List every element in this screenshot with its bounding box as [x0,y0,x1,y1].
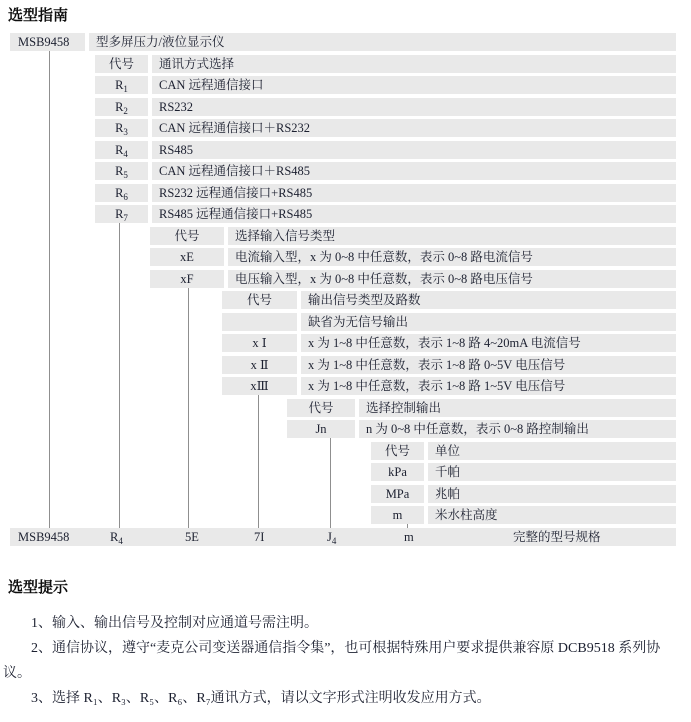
code-cell: R1 [95,76,148,94]
table-row: R1 CAN 远程通信接口 [0,76,691,94]
desc-cell: 电压输入型，x 为 0~8 中任意数，表示 0~8 路电压信号 [228,270,676,288]
code-text: kPa [388,465,407,479]
table-row: kPa 千帕 [0,463,691,481]
code-cell: x Ⅰ [222,334,297,352]
desc-cell: CAN 远程通信接口＋RS485 [152,162,676,180]
code-cell: R5 [95,162,148,180]
desc-cell: 通讯方式选择 [152,55,676,73]
code-text: xE [180,250,194,264]
desc-cell: 缺省为无信号输出 [301,313,676,331]
desc-text: x 为 1~8 中任意数，表示 1~8 路 4~20mA 电流信号 [308,336,581,350]
tips-section: 选型提示 1、输入、输出信号及控制对应通道号需注明。 2、通信协议，遵守“麦克公… [0,576,691,711]
tip-item: 3、选择 R₁、R₃、R₅、R₆、R₇通讯方式，请以文字形式注明收发应用方式。 [0,686,691,711]
desc-text: 通讯方式选择 [159,57,234,71]
code-cell: xⅢ [222,377,297,395]
desc-cell: x 为 1~8 中任意数，表示 1~8 路 4~20mA 电流信号 [301,334,676,352]
code-text: 代号 [308,401,333,415]
connector-line [188,288,189,528]
summary-output-code: 7I [254,528,264,550]
desc-cell: x 为 1~8 中任意数，表示 1~8 路 1~5V 电压信号 [301,377,676,395]
table-row: MSB9458 型多屏压力/液位显示仪 [0,33,691,51]
tips-title: 选型提示 [8,576,691,597]
desc-cell: RS232 [152,98,676,116]
desc-text: 电流输入型，x 为 0~8 中任意数，表示 0~8 路电流信号 [235,250,533,264]
desc-cell: 电流输入型，x 为 0~8 中任意数，表示 0~8 路电流信号 [228,248,676,266]
code-cell: m [371,506,424,524]
desc-cell: 型多屏压力/液位显示仪 [89,33,676,51]
table-row: MPa 兆帕 [0,485,691,503]
desc-text: 缺省为无信号输出 [308,315,408,329]
table-row: xF 电压输入型，x 为 0~8 中任意数，表示 0~8 路电压信号 [0,270,691,288]
code-sub: 7 [123,213,128,223]
table-row: R7 RS485 远程通信接口+RS485 [0,205,691,223]
code-sub: 1 [123,84,128,94]
table-row: 缺省为无信号输出 [0,313,691,331]
code-cell: 代号 [371,442,424,460]
desc-cell: CAN 远程通信接口＋RS232 [152,119,676,137]
code-cell: MSB9458 [10,33,85,51]
tip-item: 1、输入、输出信号及控制对应通道号需注明。 [0,611,691,636]
code-text: xⅢ [250,379,268,393]
table-row: R6 RS232 远程通信接口+RS485 [0,184,691,202]
summary-label: 完整的型号规格 [513,528,601,546]
code-cell: R3 [95,119,148,137]
code-cell: 代号 [287,399,355,417]
desc-text: 兆帕 [435,487,460,501]
table-row: 代号 输出信号类型及路数 [0,291,691,309]
code-text: 代号 [385,444,410,458]
summary-row: MSB9458 R4 5E 7I J4 m 完整的型号规格 [10,528,676,546]
code-cell: 代号 [150,227,224,245]
table-row: 代号 通讯方式选择 [0,55,691,73]
code-sub: 5 [123,170,128,180]
table-row: R5 CAN 远程通信接口＋RS485 [0,162,691,180]
code-cell: R7 [95,205,148,223]
desc-text: 米水柱高度 [435,508,498,522]
code-sub: 4 [123,149,128,159]
table-row: x Ⅱ x 为 1~8 中任意数，表示 1~8 路 0~5V 电压信号 [0,356,691,374]
code-text: 代号 [109,57,134,71]
table-row: 代号 单位 [0,442,691,460]
desc-text: 千帕 [435,465,460,479]
code-text: m [393,508,403,522]
desc-cell: n 为 0~8 中任意数，表示 0~8 路控制输出 [359,420,676,438]
desc-text: RS485 [159,143,193,157]
page-title: 选型指南 [8,4,68,25]
desc-text: RS485 远程通信接口+RS485 [159,207,312,221]
desc-cell: 选择输入信号类型 [228,227,676,245]
code-text: MSB9458 [18,35,69,49]
code-cell: R2 [95,98,148,116]
code-sub: 3 [123,127,128,137]
connector-line [330,438,331,528]
connector-line [49,51,50,528]
summary-comm-code: R4 [110,528,123,550]
table-row: Jn n 为 0~8 中任意数，表示 0~8 路控制输出 [0,420,691,438]
code-text: x Ⅱ [251,358,269,372]
desc-cell: x 为 1~8 中任意数，表示 1~8 路 0~5V 电压信号 [301,356,676,374]
desc-text: 型多屏压力/液位显示仪 [96,35,224,49]
code-cell: kPa [371,463,424,481]
desc-text: 电压输入型，x 为 0~8 中任意数，表示 0~8 路电压信号 [235,272,533,286]
desc-cell: 千帕 [428,463,676,481]
code-cell: xF [150,270,224,288]
desc-text: 选择输入信号类型 [235,229,335,243]
code-text: 代号 [247,293,272,307]
desc-cell: 输出信号类型及路数 [301,291,676,309]
desc-cell: 单位 [428,442,676,460]
summary-input-code: 5E [185,528,199,550]
connector-line [258,395,259,528]
desc-text: x 为 1~8 中任意数，表示 1~8 路 1~5V 电压信号 [308,379,565,393]
code-text: x Ⅰ [252,336,266,350]
desc-cell: RS485 远程通信接口+RS485 [152,205,676,223]
desc-text: CAN 远程通信接口 [159,78,264,92]
table-row: 代号 选择输入信号类型 [0,227,691,245]
code-cell: MPa [371,485,424,503]
desc-cell: RS485 [152,141,676,159]
table-row: xE 电流输入型，x 为 0~8 中任意数，表示 0~8 路电流信号 [0,248,691,266]
table-row: R2 RS232 [0,98,691,116]
code-cell: Jn [287,420,355,438]
connector-line [119,223,120,528]
desc-text: 输出信号类型及路数 [308,293,421,307]
desc-cell: RS232 远程通信接口+RS485 [152,184,676,202]
code-cell [222,313,297,331]
code-cell: 代号 [95,55,148,73]
table-row: R4 RS485 [0,141,691,159]
desc-text: RS232 [159,100,193,114]
desc-text: CAN 远程通信接口＋RS232 [159,121,310,135]
document-page: 选型指南 MSB9458 型多屏压力/液位显示仪 代号 通讯方式选择 R1 CA… [0,0,691,722]
desc-cell: 米水柱高度 [428,506,676,524]
summary-control-code: J4 [327,528,336,550]
table-row: m 米水柱高度 [0,506,691,524]
desc-cell: 兆帕 [428,485,676,503]
table-row: xⅢ x 为 1~8 中任意数，表示 1~8 路 1~5V 电压信号 [0,377,691,395]
code-cell: x Ⅱ [222,356,297,374]
desc-text: CAN 远程通信接口＋RS485 [159,164,310,178]
table-row: x Ⅰ x 为 1~8 中任意数，表示 1~8 路 4~20mA 电流信号 [0,334,691,352]
table-row: 代号 选择控制输出 [0,399,691,417]
code-text: 代号 [174,229,199,243]
desc-text: n 为 0~8 中任意数，表示 0~8 路控制输出 [366,422,589,436]
code-cell: xE [150,248,224,266]
code-cell: R6 [95,184,148,202]
tip-item: 2、通信协议，遵守“麦克公司变送器通信指令集”，也可根据特殊用户要求提供兼容原 … [0,636,691,686]
code-text: Jn [315,422,326,436]
desc-text: RS232 远程通信接口+RS485 [159,186,312,200]
code-cell: R4 [95,141,148,159]
summary-model: MSB9458 [18,528,69,550]
code-sub: 6 [123,192,128,202]
code-text: MPa [386,487,410,501]
code-text: xF [180,272,193,286]
desc-text: 选择控制输出 [366,401,441,415]
table-row: R3 CAN 远程通信接口＋RS232 [0,119,691,137]
desc-cell: 选择控制输出 [359,399,676,417]
desc-cell: CAN 远程通信接口 [152,76,676,94]
summary-unit-code: m [404,528,414,550]
code-sub: 2 [123,106,128,116]
code-cell: 代号 [222,291,297,309]
desc-text: 单位 [435,444,460,458]
desc-text: x 为 1~8 中任意数，表示 1~8 路 0~5V 电压信号 [308,358,565,372]
